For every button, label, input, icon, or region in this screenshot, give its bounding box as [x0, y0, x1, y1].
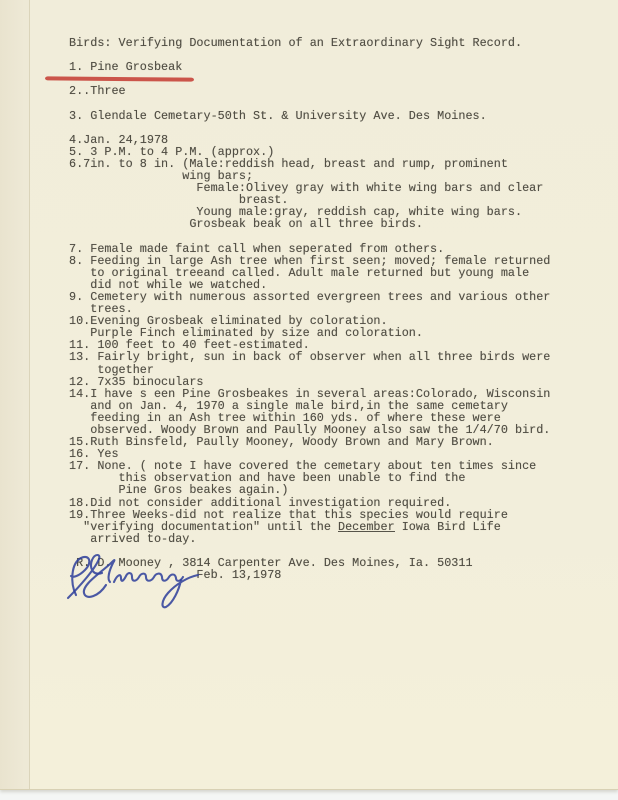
handwritten-signature	[62, 549, 232, 617]
paper-edge-fold	[0, 0, 30, 789]
scanned-document: Birds: Verifying Documentation of an Ext…	[0, 0, 618, 800]
december-word-underline	[338, 531, 395, 532]
typewritten-text: Birds: Verifying Documentation of an Ext…	[69, 37, 550, 581]
